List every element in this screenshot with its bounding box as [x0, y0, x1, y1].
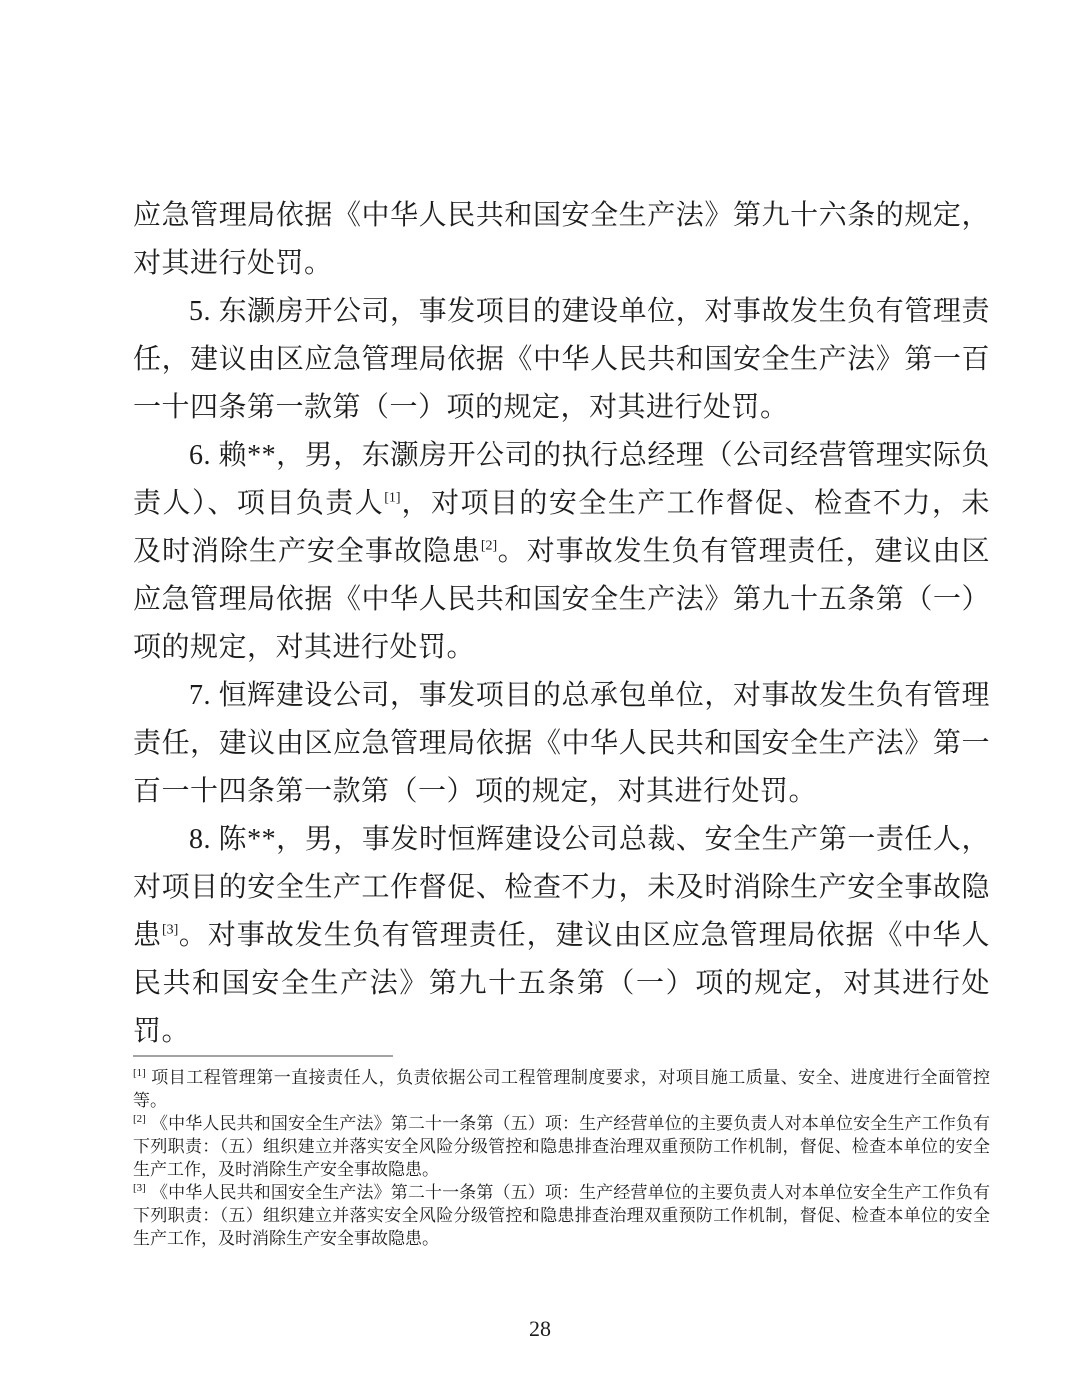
paragraph-item-5: 5. 东灏房开公司，事发项目的建设单位，对事故发生负有管理责任，建议由区应急管理… — [133, 288, 990, 432]
footnote-separator — [133, 1055, 393, 1057]
footnote-ref-2: [2] — [481, 539, 497, 554]
body-text: 应急管理局依据《中华人民共和国安全生产法》第九十六条的规定，对其进行处罚。 5.… — [133, 192, 990, 1056]
footnote-ref-1: [1] — [384, 491, 400, 506]
footnote-1-text: 项目工程管理第一直接责任人，负责依据公司工程管理制度要求，对项目施工质量、安全、… — [133, 1068, 990, 1110]
footnote-2-marker: [2] — [133, 1113, 146, 1125]
paragraph-continuation: 应急管理局依据《中华人民共和国安全生产法》第九十六条的规定，对其进行处罚。 — [133, 192, 990, 288]
footnote-1-marker: [1] — [133, 1067, 146, 1079]
paragraph-item-7: 7. 恒辉建设公司，事发项目的总承包单位，对事故发生负有管理责任，建议由区应急管… — [133, 672, 990, 816]
paragraph-8-text-2: 。对事故发生负有管理责任，建议由区应急管理局依据《中华人民共和国安全生产法》第九… — [133, 920, 990, 1047]
footnote-ref-3: [3] — [162, 923, 178, 938]
page-number: 28 — [0, 1316, 1080, 1342]
footnotes-section: [1]项目工程管理第一直接责任人，负责依据公司工程管理制度要求，对项目施工质量、… — [133, 1055, 990, 1250]
footnote-3-text: 《中华人民共和国安全生产法》第二十一条第（五）项：生产经营单位的主要负责人对本单… — [133, 1183, 990, 1248]
footnote-3-marker: [3] — [133, 1182, 146, 1194]
footnote-3: [3]《中华人民共和国安全生产法》第二十一条第（五）项：生产经营单位的主要负责人… — [133, 1181, 990, 1250]
footnote-1: [1]项目工程管理第一直接责任人，负责依据公司工程管理制度要求，对项目施工质量、… — [133, 1066, 990, 1112]
footnote-2: [2]《中华人民共和国安全生产法》第二十一条第（五）项：生产经营单位的主要负责人… — [133, 1112, 990, 1181]
footnote-2-text: 《中华人民共和国安全生产法》第二十一条第（五）项：生产经营单位的主要负责人对本单… — [133, 1114, 990, 1179]
paragraph-item-8: 8. 陈**，男，事发时恒辉建设公司总裁、安全生产第一责任人，对项目的安全生产工… — [133, 816, 990, 1056]
paragraph-item-6: 6. 赖**，男，东灏房开公司的执行总经理（公司经营管理实际负责人）、项目负责人… — [133, 432, 990, 672]
document-page: 应急管理局依据《中华人民共和国安全生产法》第九十六条的规定，对其进行处罚。 5.… — [0, 0, 1080, 1398]
